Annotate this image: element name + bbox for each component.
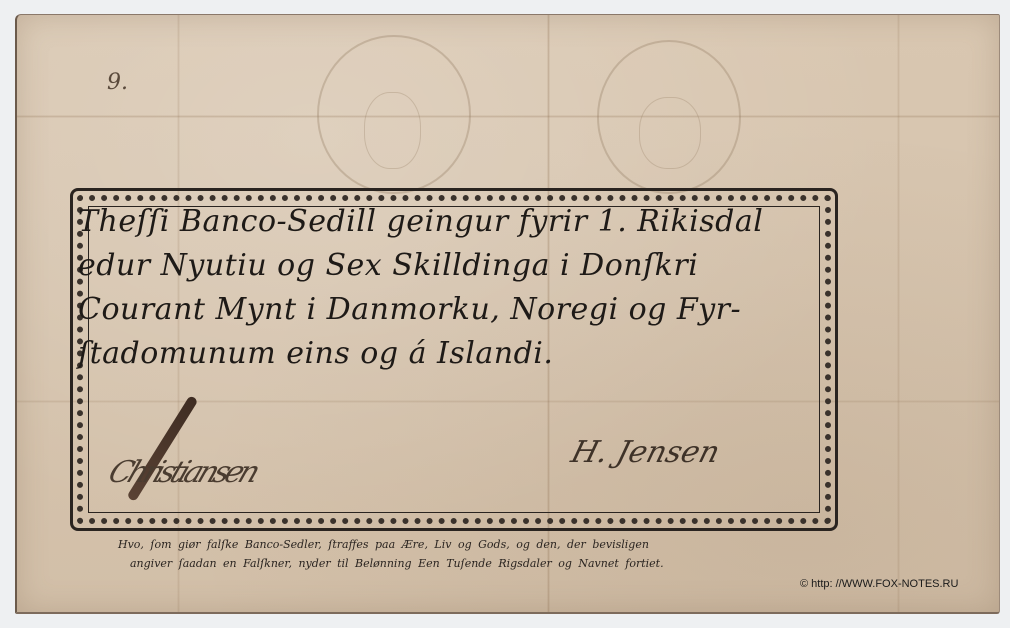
signature-left: Christiansen xyxy=(104,455,262,490)
fold-line-vertical xyxy=(897,15,900,612)
banknote-main-text: Theſſi Banco-Sedill geingur fyrir 1. Rik… xyxy=(78,200,798,376)
signature-right: H. Jensen xyxy=(567,435,723,470)
crown-watermark-left xyxy=(317,35,471,194)
text-line: ſtadomunum eins og á Islandi. xyxy=(78,332,798,376)
footer-line: Hvo, ſom giør falſke Banco-Sedler, ſtraf… xyxy=(110,535,810,554)
counterfeit-warning-text: Hvo, ſom giør falſke Banco-Sedler, ſtraf… xyxy=(110,535,810,573)
text-line: Courant Mynt i Danmorku, Noregi og Fyr- xyxy=(78,288,798,332)
text-line: Theſſi Banco-Sedill geingur fyrir 1. Rik… xyxy=(78,200,798,244)
handwritten-number: 9. xyxy=(107,70,128,95)
fold-line-horizontal xyxy=(17,115,999,118)
source-credit: © http: //WWW.FOX-NOTES.RU xyxy=(800,578,958,590)
text-line: edur Nyutiu og Sex Skillding​a i Donſkri xyxy=(78,244,798,288)
crown-watermark-right xyxy=(597,40,741,194)
footer-line: angiver ſaadan en Falſkner, nyder til Be… xyxy=(110,554,810,573)
